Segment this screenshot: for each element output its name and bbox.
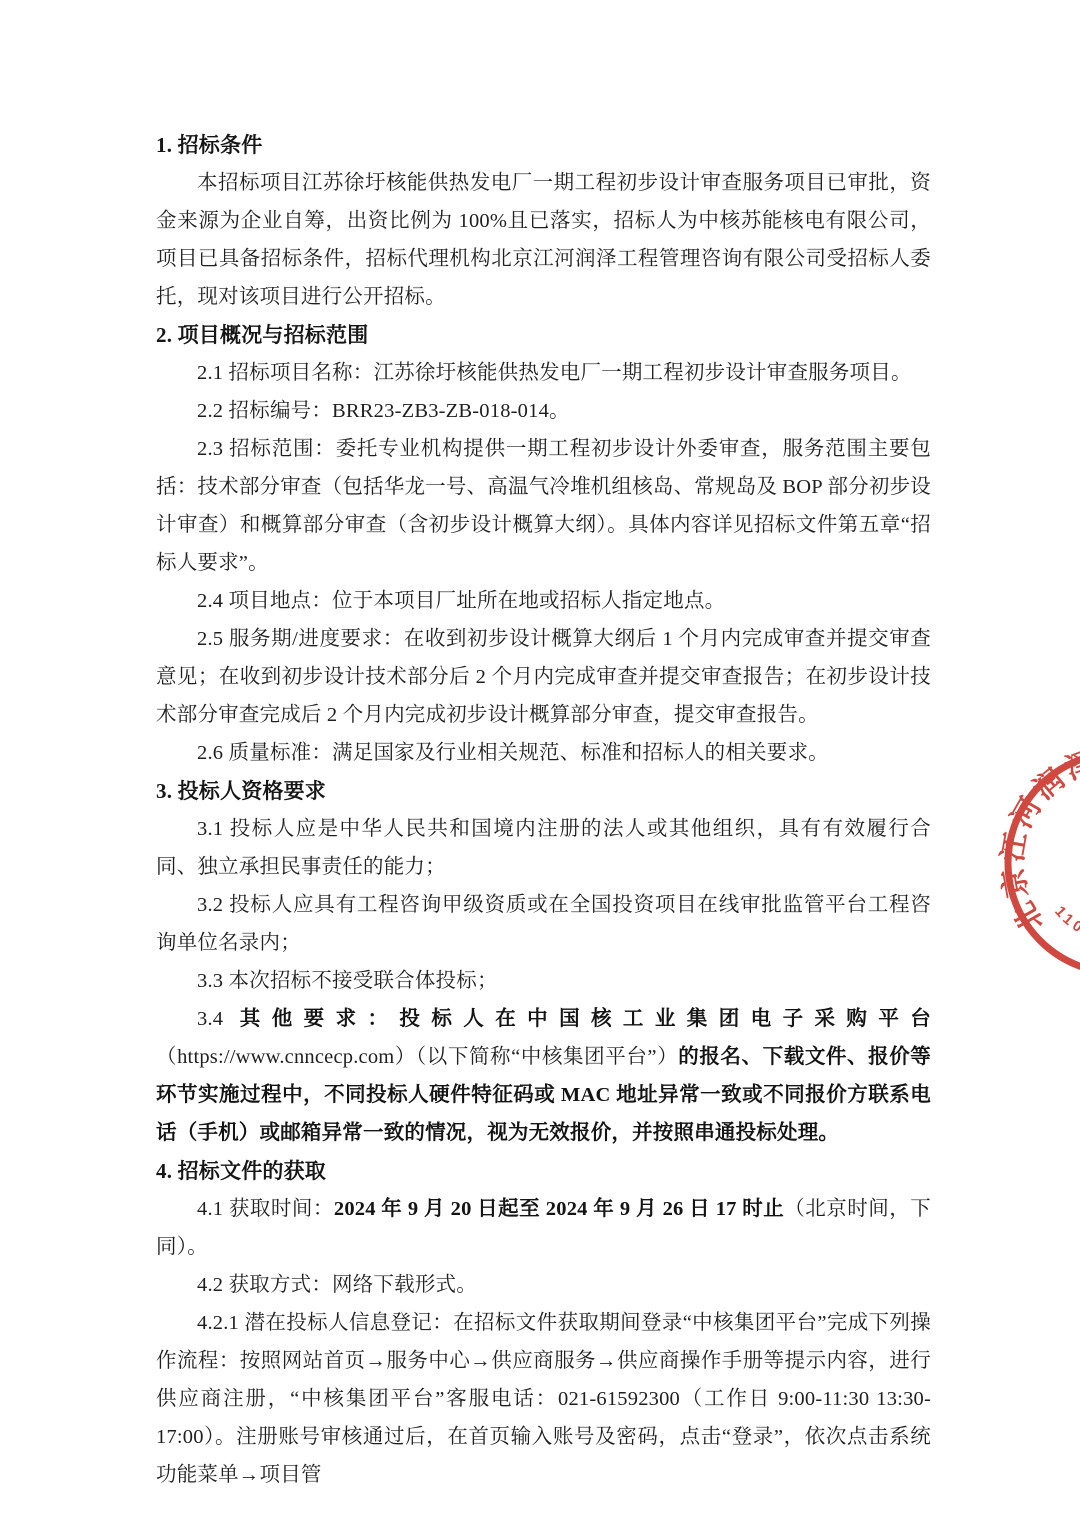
- clause-4-2-1-registration-steps: 4.2.1 潜在投标人信息登记：在招标文件获取期间登录“中核集团平台”完成下列操…: [156, 1304, 931, 1494]
- clause-3-4-other-requirements: 3.4 其他要求：投标人在中国核工业集团电子采购平台（https://www.c…: [156, 1000, 931, 1152]
- clause-2-3-tender-scope: 2.3 招标范围：委托专业机构提供一期工程初步设计外委审查，服务范围主要包括：技…: [156, 430, 931, 582]
- clause-3-2-qualification: 3.2 投标人应具有工程咨询甲级资质或在全国投资项目在线审批监管平台工程咨询单位…: [156, 886, 931, 962]
- clause-4-1-acquisition-time: 4.1 获取时间：2024 年 9 月 20 日起至 2024 年 9 月 26…: [156, 1190, 931, 1266]
- section-heading-project-overview: 2. 项目概况与招标范围: [156, 316, 931, 354]
- clause-3-4-platform-url: （https://www.cnncecp.com）（以下简称“中核集团平台”）: [156, 1046, 678, 1068]
- seal-serial-number: 110: [1051, 903, 1080, 938]
- clause-2-6-quality-standard: 2.6 质量标准：满足国家及行业相关规范、标准和招标人的相关要求。: [156, 734, 931, 772]
- company-seal-stamp: 北京江河润泽 110: [988, 728, 1080, 1018]
- clause-3-1-legal-entity: 3.1 投标人应是中华人民共和国境内注册的法人或其他组织，具有有效履行合同、独立…: [156, 810, 931, 886]
- section-heading-document-acquisition: 4. 招标文件的获取: [156, 1152, 931, 1190]
- clause-4-2-acquisition-method: 4.2 获取方式：网络下载形式。: [156, 1266, 931, 1304]
- clause-3-4-number: 3.4: [197, 1008, 240, 1030]
- document-page: 1. 招标条件 本招标项目江苏徐圩核能供热发电厂一期工程初步设计审查服务项目已审…: [0, 0, 1080, 1527]
- clause-2-5-service-schedule: 2.5 服务期/进度要求：在收到初步设计概算大纲后 1 个月内完成审查并提交审查…: [156, 620, 931, 734]
- clause-2-4-project-location: 2.4 项目地点：位于本项目厂址所在地或招标人指定地点。: [156, 582, 931, 620]
- clause-1-text: 本招标项目江苏徐圩核能供热发电厂一期工程初步设计审查服务项目已审批，资金来源为企…: [156, 164, 931, 316]
- clause-2-2-tender-number: 2.2 招标编号：BRR23-ZB3-ZB-018-014。: [156, 392, 931, 430]
- section-heading-tender-conditions: 1. 招标条件: [156, 126, 931, 164]
- document-body: 1. 招标条件 本招标项目江苏徐圩核能供热发电厂一期工程初步设计审查服务项目已审…: [156, 126, 931, 1494]
- clause-4-1-date-range: 2024 年 9 月 20 日起至 2024 年 9 月 26 日 17 时止: [334, 1198, 784, 1220]
- clause-3-4-bold-platform: 其他要求：投标人在中国核工业集团电子采购平台: [240, 1008, 931, 1030]
- clause-2-1-project-name: 2.1 招标项目名称：江苏徐圩核能供热发电厂一期工程初步设计审查服务项目。: [156, 354, 931, 392]
- section-heading-bidder-qualifications: 3. 投标人资格要求: [156, 772, 931, 810]
- clause-3-3-no-consortium: 3.3 本次招标不接受联合体投标；: [156, 962, 931, 1000]
- clause-4-1-label: 4.1 获取时间：: [197, 1198, 334, 1220]
